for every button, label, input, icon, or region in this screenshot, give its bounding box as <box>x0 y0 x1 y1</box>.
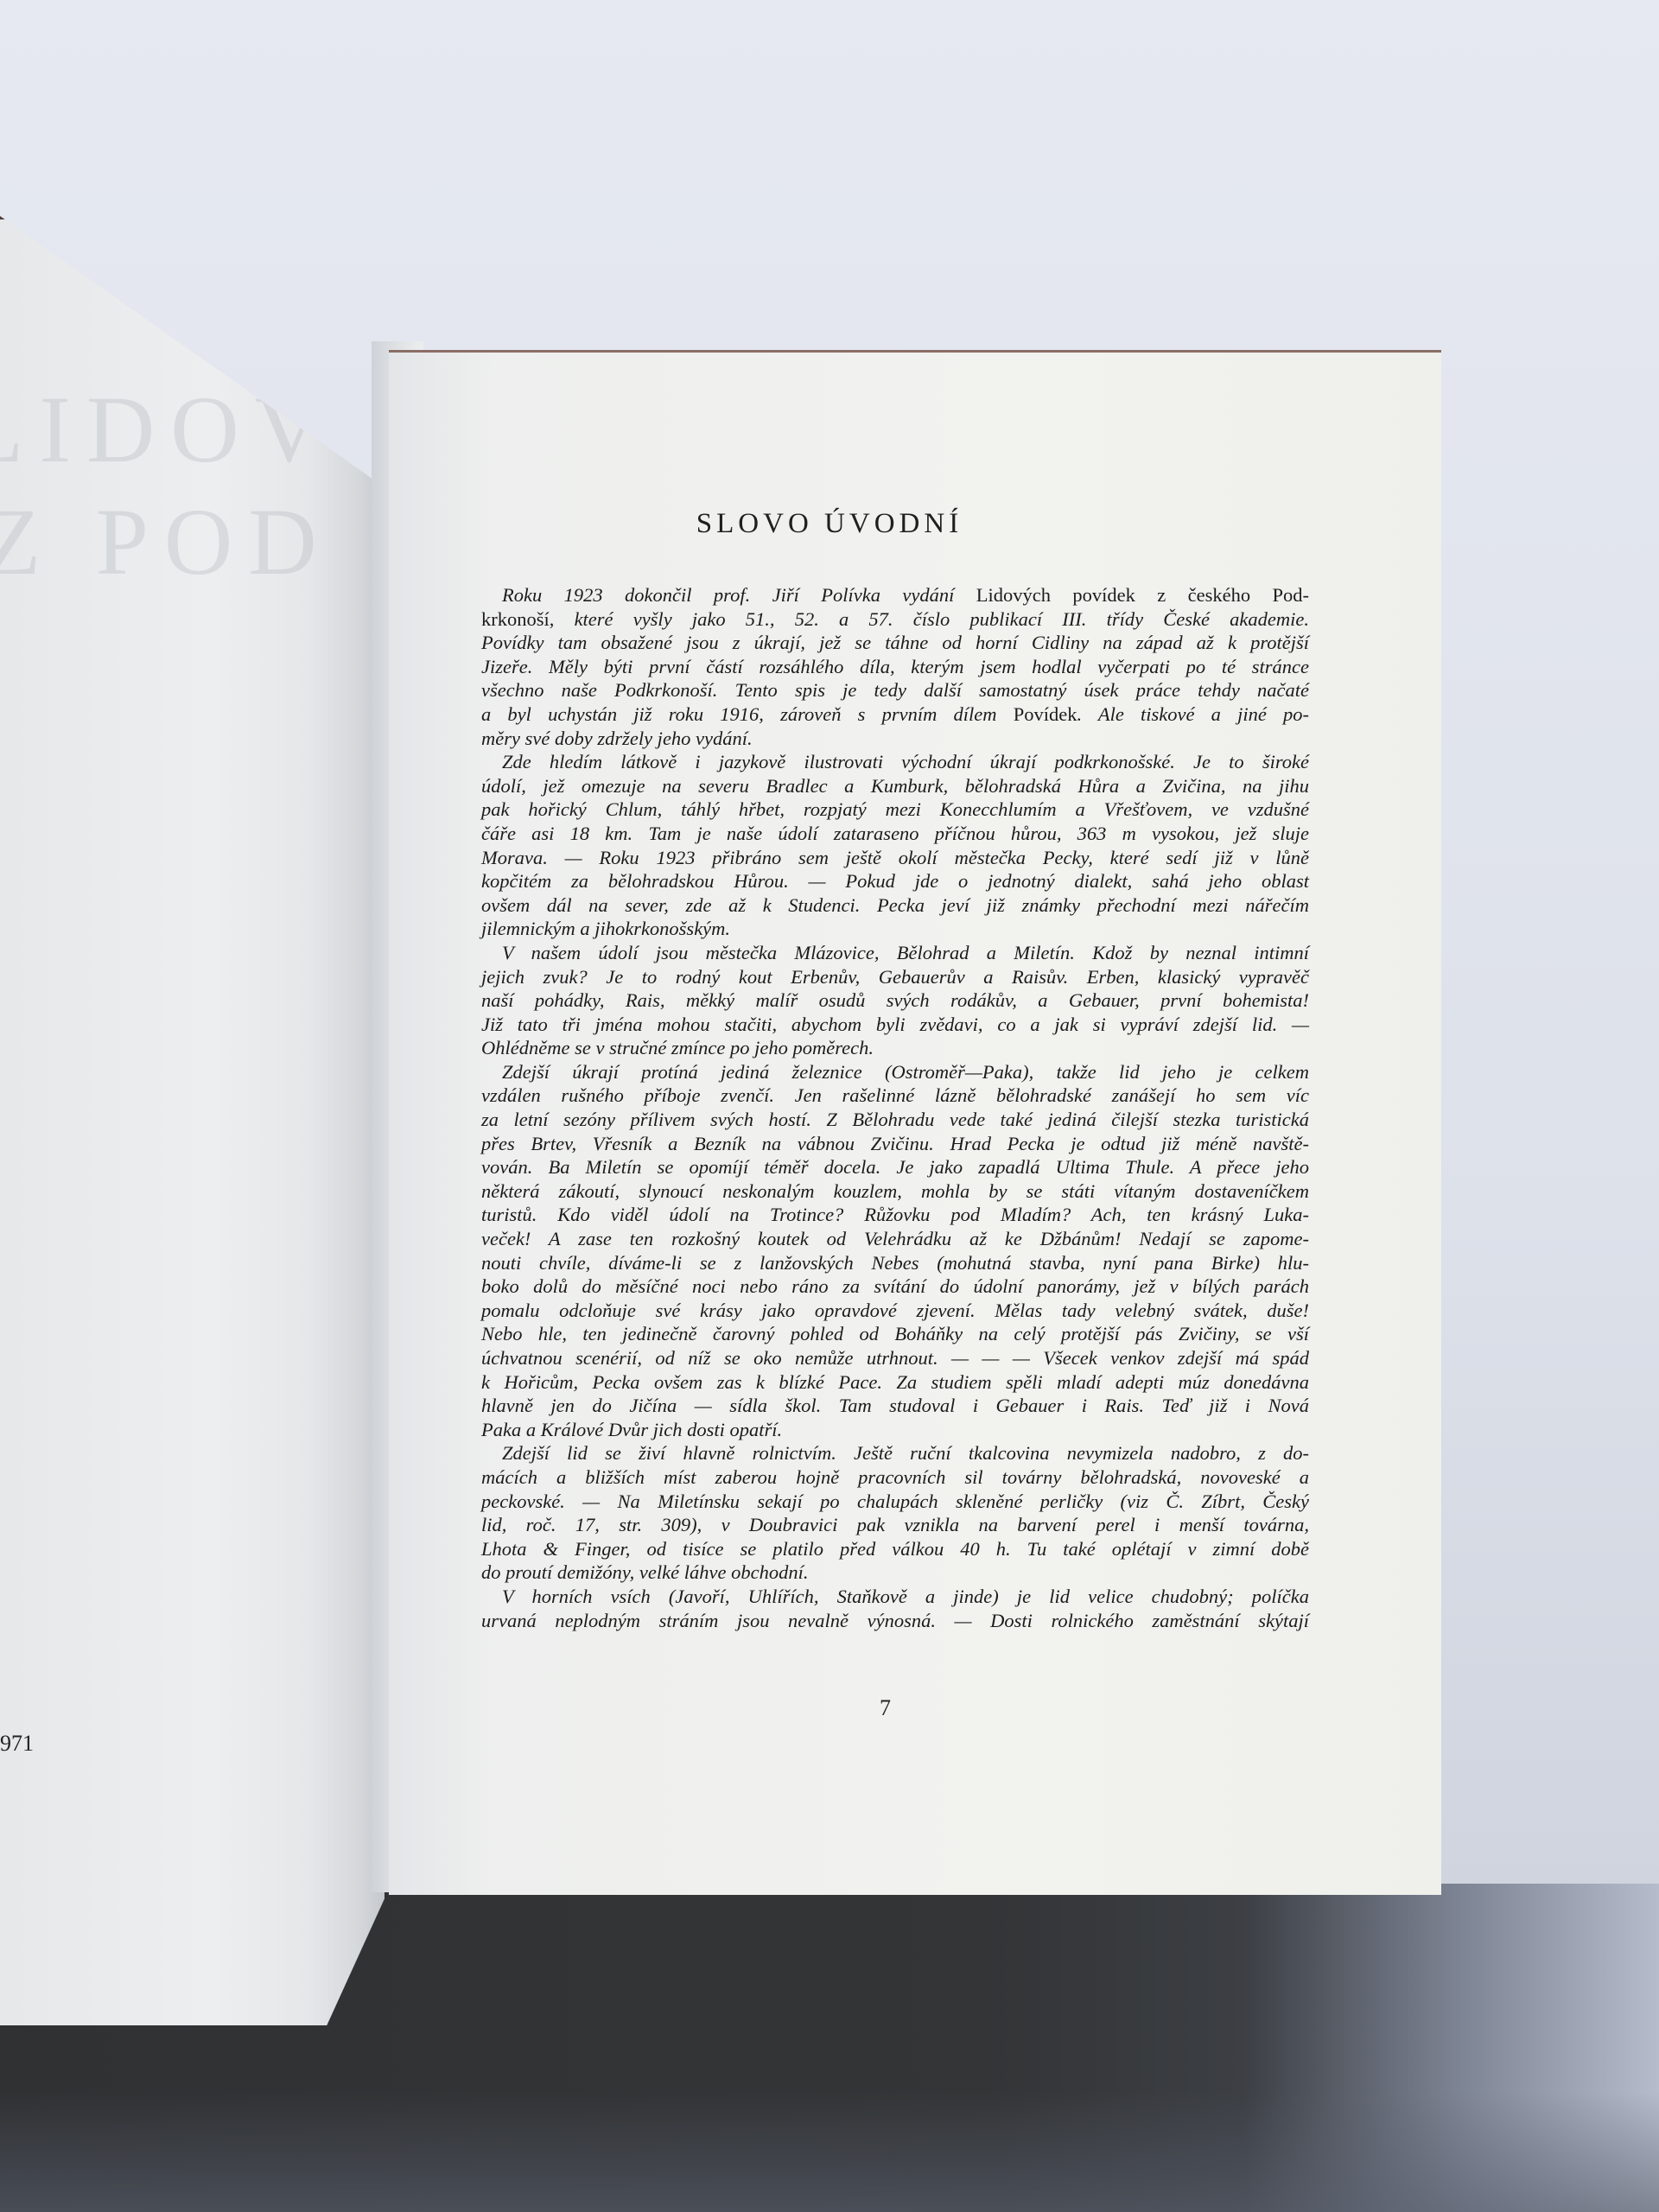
text-line: lid, roč. 17, str. 309), v Doubravici pa… <box>481 1513 1309 1537</box>
text-line: údolí, jež omezuje na severu Bradlec a K… <box>481 774 1309 798</box>
italic-run: urvaná neplodným stráním jsou nevalně vý… <box>481 1610 1309 1631</box>
page-title: SLOVO ÚVODNÍ <box>0 508 1659 540</box>
italic-run: lid, roč. 17, str. 309), v Doubravici pa… <box>481 1514 1309 1535</box>
italic-run: Roku 1923 dokončil prof. Jiří Polívka vy… <box>502 584 976 606</box>
text-line: za letní sezóny přílivem svých hostí. Z … <box>481 1108 1309 1132</box>
italic-run: nouti chvíle, díváme-li se z lanžovských… <box>481 1252 1309 1274</box>
text-line: V horních vsích (Javoří, Uhlířích, Staňk… <box>481 1585 1309 1609</box>
text-line: Povídky tam obsažené jsou z úkrají, jež … <box>481 631 1309 655</box>
text-line: vován. Ba Miletín se opomíjí téměř docel… <box>481 1155 1309 1179</box>
italic-run: údolí, jež omezuje na severu Bradlec a K… <box>481 775 1309 797</box>
text-line: Paka a Králové Dvůr jich dosti opatří. <box>481 1418 1309 1442</box>
italic-run: turistů. Kdo viděl údolí na Trotince? Rů… <box>481 1204 1309 1225</box>
text-line: mácích a bližších míst zaberou hojně pra… <box>481 1465 1309 1490</box>
italic-run: Zdejší úkrají protíná jediná železnice (… <box>502 1061 1309 1083</box>
italic-run: přes Brtev, Vřesník a Bezník na vábnou Z… <box>481 1133 1309 1154</box>
italic-run: Morava. — Roku 1923 přibráno sem ještě o… <box>481 847 1309 868</box>
italic-run: čáře asi 18 km. Tam je naše údolí zatara… <box>481 823 1309 844</box>
italic-run: hlavně jen do Jičína — sídla škol. Tam s… <box>481 1395 1309 1416</box>
text-line: jilemnickým a jihokrkonošským. <box>481 917 1309 941</box>
italic-run: Nebo hle, ten jedinečně čarovný pohled o… <box>481 1323 1309 1344</box>
italic-run: Zde hledím látkově i jazykově ilustrovat… <box>502 751 1309 772</box>
italic-run: vzdálen rušného příboje zvenčí. Jen raše… <box>481 1084 1309 1106</box>
text-line: a byl uchystán již roku 1916, zároveň s … <box>481 702 1309 727</box>
italic-run: k Hořicům, Pecka ovšem zas k blízké Pace… <box>481 1371 1309 1393</box>
italic-run: za letní sezóny přílivem svých hostí. Z … <box>481 1109 1309 1130</box>
italic-run: a byl uchystán již roku 1916, zároveň s … <box>481 703 1014 725</box>
italic-run: V horních vsích (Javoří, Uhlířích, Staňk… <box>502 1586 1309 1607</box>
italic-run: Lhota & Finger, od tisíce se platilo pře… <box>481 1538 1309 1560</box>
text-line: vzdálen rušného příboje zvenčí. Jen raše… <box>481 1084 1309 1108</box>
text-line: měry své doby zdržely jeho vydání. <box>481 727 1309 751</box>
text-line: Morava. — Roku 1923 přibráno sem ještě o… <box>481 846 1309 870</box>
text-line: veček! A zase ten rozkošný koutek od Vel… <box>481 1227 1309 1251</box>
italic-run: měry své doby zdržely jeho vydání. <box>481 728 753 749</box>
text-line: naší pohádky, Rais, měkký malíř osudů sv… <box>481 988 1309 1013</box>
italic-run: Povídky tam obsažené jsou z úkrají, jež … <box>481 632 1309 653</box>
roman-run: Povídek <box>1014 703 1077 725</box>
text-line: přes Brtev, Vřesník a Bezník na vábnou Z… <box>481 1132 1309 1156</box>
text-line: Lhota & Finger, od tisíce se platilo pře… <box>481 1537 1309 1561</box>
text-line: ovšem dál na sever, zde až k Studenci. P… <box>481 893 1309 918</box>
text-line: Nebo hle, ten jedinečně čarovný pohled o… <box>481 1322 1309 1346</box>
left-page-year-fragment: 971 <box>0 1731 34 1757</box>
italic-run: V našem údolí jsou městečka Mlázovice, B… <box>502 942 1309 963</box>
italic-run: pomalu odcloňuje své krásy jako opravdov… <box>481 1300 1309 1321</box>
roman-run: Lidových povídek z českého Pod- <box>976 584 1309 606</box>
text-line: k Hořicům, Pecka ovšem zas k blízké Pace… <box>481 1370 1309 1395</box>
italic-run: všechno naše Podkrkonoší. Tento spis je … <box>481 679 1309 701</box>
italic-run: veček! A zase ten rozkošný koutek od Vel… <box>481 1228 1309 1249</box>
italic-run: pak hořický Chlum, táhlý hřbet, rozpjatý… <box>481 798 1309 820</box>
text-line: do proutí demižóny, velké láhve obchodní… <box>481 1560 1309 1585</box>
text-line: krkonoší, které vyšly jako 51., 52. a 57… <box>481 607 1309 632</box>
italic-run: . Ale tiskové a jiné po- <box>1077 703 1309 725</box>
text-line: urvaná neplodným stráním jsou nevalně vý… <box>481 1609 1309 1633</box>
text-line: všechno naše Podkrkonoší. Tento spis je … <box>481 678 1309 702</box>
text-line: pak hořický Chlum, táhlý hřbet, rozpjatý… <box>481 798 1309 822</box>
italic-run: jilemnickým a jihokrkonošským. <box>481 918 730 939</box>
italic-run: Ohlédněme se v stručné zmínce po jeho po… <box>481 1037 874 1058</box>
shadow-fade <box>0 2091 1659 2212</box>
italic-run: vován. Ba Miletín se opomíjí téměř docel… <box>481 1156 1309 1178</box>
text-line: Ohlédněme se v stručné zmínce po jeho po… <box>481 1036 1309 1060</box>
italic-run: Paka a Králové Dvůr jich dosti opatří. <box>481 1419 782 1440</box>
text-line: Zde hledím látkově i jazykově ilustrovat… <box>481 750 1309 774</box>
text-line: Již tato tři jména mohou stačiti, abycho… <box>481 1013 1309 1037</box>
italic-run: které vyšly jako 51., 52. a 57. číslo pu… <box>575 608 1309 630</box>
italic-run: mácích a bližších míst zaberou hojně pra… <box>481 1466 1309 1488</box>
body-text: Roku 1923 dokončil prof. Jiří Polívka vy… <box>481 583 1309 1632</box>
text-line: úchvatnou scenérií, od níž se oko nemůže… <box>481 1346 1309 1370</box>
italic-run: Zdejší lid se živí hlavně rolnictvím. Je… <box>502 1442 1309 1464</box>
italic-run: jejich zvuk? Je to rodný kout Erbenův, G… <box>481 966 1309 988</box>
left-page-ghost-title-2: Z POD <box>0 487 333 597</box>
text-line: kopčitém za bělohradskou Hůrou. — Pokud … <box>481 869 1309 893</box>
text-line: hlavně jen do Jičína — sídla škol. Tam s… <box>481 1394 1309 1418</box>
italic-run: Již tato tři jména mohou stačiti, abycho… <box>481 1014 1309 1035</box>
text-line: boko dolů do měsíčné noci nebo ráno za s… <box>481 1274 1309 1299</box>
text-line: některá zákoutí, slynoucí neskonalým kou… <box>481 1179 1309 1204</box>
text-line: nouti chvíle, díváme-li se z lanžovských… <box>481 1251 1309 1275</box>
italic-run: naší pohádky, Rais, měkký malíř osudů sv… <box>481 989 1309 1011</box>
roman-run: krkonoší, <box>481 608 575 630</box>
text-line: peckovské. — Na Miletínsku sekají po cha… <box>481 1490 1309 1514</box>
text-line: jejich zvuk? Je to rodný kout Erbenův, G… <box>481 965 1309 989</box>
text-line: Zdejší úkrají protíná jediná železnice (… <box>481 1060 1309 1084</box>
left-page-ghost-title-1: LIDOV <box>0 375 339 485</box>
text-line: Jizeře. Měly býti první částí rozsáhlého… <box>481 655 1309 679</box>
italic-run: ovšem dál na sever, zde až k Studenci. P… <box>481 894 1309 916</box>
italic-run: některá zákoutí, slynoucí neskonalým kou… <box>481 1180 1309 1202</box>
page-number: 7 <box>880 1695 891 1721</box>
italic-run: boko dolů do měsíčné noci nebo ráno za s… <box>481 1275 1309 1297</box>
left-page: LIDOV Z POD <box>0 216 385 2025</box>
text-line: Zdejší lid se živí hlavně rolnictvím. Je… <box>481 1441 1309 1465</box>
text-line: V našem údolí jsou městečka Mlázovice, B… <box>481 941 1309 965</box>
text-line: turistů. Kdo viděl údolí na Trotince? Rů… <box>481 1203 1309 1227</box>
text-line: Roku 1923 dokončil prof. Jiří Polívka vy… <box>481 583 1309 607</box>
text-line: pomalu odcloňuje své krásy jako opravdov… <box>481 1299 1309 1323</box>
italic-run: peckovské. — Na Miletínsku sekají po cha… <box>481 1491 1309 1512</box>
text-line: čáře asi 18 km. Tam je naše údolí zatara… <box>481 822 1309 846</box>
italic-run: do proutí demižóny, velké láhve obchodní… <box>481 1561 808 1583</box>
italic-run: kopčitém za bělohradskou Hůrou. — Pokud … <box>481 870 1309 892</box>
italic-run: úchvatnou scenérií, od níž se oko nemůže… <box>481 1347 1309 1369</box>
italic-run: Jizeře. Měly býti první částí rozsáhlého… <box>481 656 1309 677</box>
